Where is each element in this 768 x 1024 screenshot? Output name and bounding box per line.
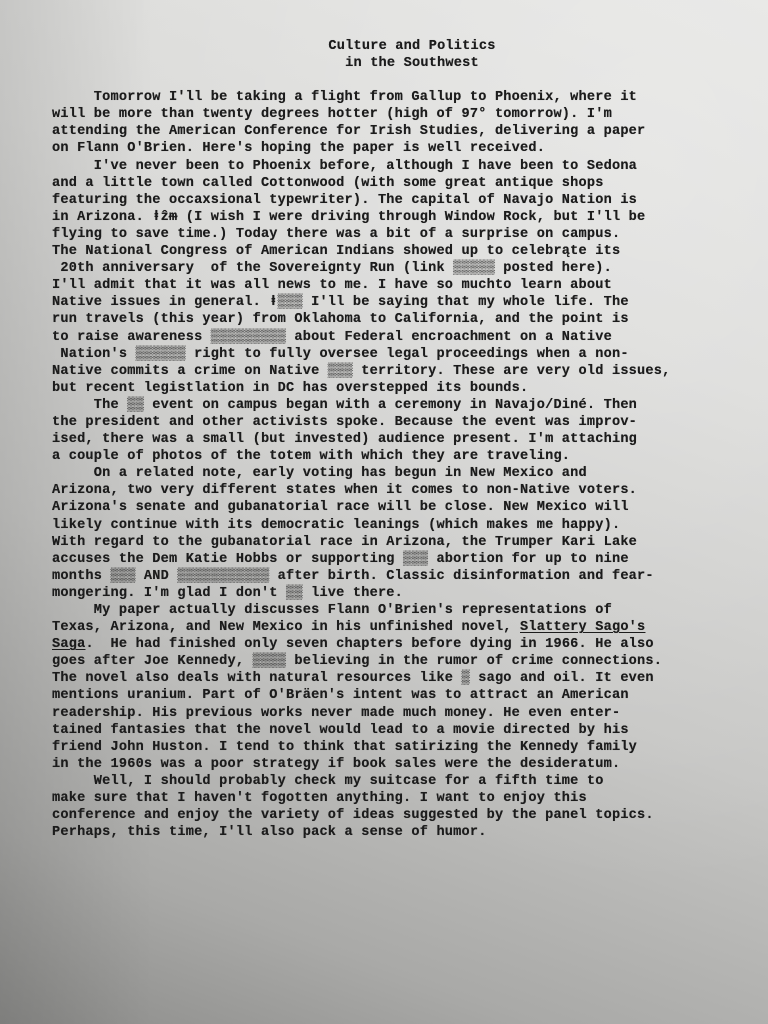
text-line: I'll admit that it was all news to me. I…: [52, 277, 752, 294]
text-line: I've never been to Phoenix before, altho…: [52, 158, 752, 175]
text-line: months ▒▒▒ AND ▒▒▒▒▒▒▒▒▒▒▒ after birth. …: [52, 568, 752, 585]
text-line: in Arizona. ⱡẑᵯ (I wish I were driving t…: [52, 209, 752, 226]
text-line: but recent legistlation in DC has overst…: [52, 380, 752, 397]
text-line: The novel also deals with natural resour…: [52, 670, 752, 687]
text-line: the president and other activists spoke.…: [52, 414, 752, 431]
text-line: friend John Huston. I tend to think that…: [52, 739, 752, 756]
text-line: Arizona's senate and gubanatorial race w…: [52, 499, 752, 516]
text-line: run travels (this year) from Oklahoma to…: [52, 311, 752, 328]
text-line: Arizona, two very different states when …: [52, 482, 752, 499]
text-line: on Flann O'Brien. Here's hoping the pape…: [52, 140, 752, 157]
text-segment: Texas, Arizona, and New Mexico in his un…: [52, 620, 520, 635]
text-line: likely continue with its democratic lean…: [52, 517, 752, 534]
text-line: mongering. I'm glad I don't ▒▒ live ther…: [52, 585, 752, 602]
text-line: Saga. He had finished only seven chapter…: [52, 636, 752, 653]
text-line: Native issues in general. ⱡ▒▒▒ I'll be s…: [52, 294, 752, 311]
text-line: featuring the occaxsional typewriter). T…: [52, 192, 752, 209]
text-line: attending the American Conference for Ir…: [52, 123, 752, 140]
text-line: goes after Joe Kennedy, ▒▒▒▒ believing i…: [52, 653, 752, 670]
text-line: The ▒▒ event on campus began with a cere…: [52, 397, 752, 414]
text-line: Perhaps, this time, I'll also pack a sen…: [52, 824, 752, 841]
text-line: Well, I should probably check my suitcas…: [52, 773, 752, 790]
text-line: ised, there was a small (but invested) a…: [52, 431, 752, 448]
text-line: My paper actually discusses Flann O'Brie…: [52, 602, 752, 619]
text-segment: . He had finished only seven chapters be…: [85, 637, 653, 652]
text-line: make sure that I haven't fogotten anythi…: [52, 790, 752, 807]
text-line: and a little town called Cottonwood (wit…: [52, 175, 752, 192]
text-line: The National Congress of American Indian…: [52, 243, 752, 260]
text-line: readership. His previous works never mad…: [52, 705, 752, 722]
document-title: Culture and Politics in the Southwest: [52, 38, 752, 72]
text-line: Nation's ▒▒▒▒▒▒ right to fully oversee l…: [52, 346, 752, 363]
text-line: to raise awareness ▒▒▒▒▒▒▒▒▒ about Feder…: [52, 329, 752, 346]
title-line-1: Culture and Politics: [72, 38, 752, 55]
text-line: a couple of photos of the totem with whi…: [52, 448, 752, 465]
text-line: 20th anniversary of the Sovereignty Run …: [52, 260, 752, 277]
typewritten-page: Culture and Politics in the Southwest To…: [52, 38, 752, 841]
text-line: Tomorrow I'll be taking a flight from Ga…: [52, 89, 752, 106]
text-line: will be more than twenty degrees hotter …: [52, 106, 752, 123]
text-line: tained fantasies that the novel would le…: [52, 722, 752, 739]
novel-title-underlined: Slattery Sago's: [520, 620, 645, 635]
title-line-2: in the Southwest: [72, 55, 752, 72]
document-body: Tomorrow I'll be taking a flight from Ga…: [52, 89, 752, 841]
text-line: On a related note, early voting has begu…: [52, 465, 752, 482]
text-line: Native commits a crime on Native ▒▒▒ ter…: [52, 363, 752, 380]
text-line: Texas, Arizona, and New Mexico in his un…: [52, 619, 752, 636]
text-line: in the 1960s was a poor strategy if book…: [52, 756, 752, 773]
text-line: conference and enjoy the variety of idea…: [52, 807, 752, 824]
novel-title-underlined: Saga: [52, 637, 85, 652]
text-line: accuses the Dem Katie Hobbs or supportin…: [52, 551, 752, 568]
text-line: flying to save time.) Today there was a …: [52, 226, 752, 243]
text-line: mentions uranium. Part of O'Bräen's inte…: [52, 687, 752, 704]
text-line: With regard to the gubanatorial race in …: [52, 534, 752, 551]
